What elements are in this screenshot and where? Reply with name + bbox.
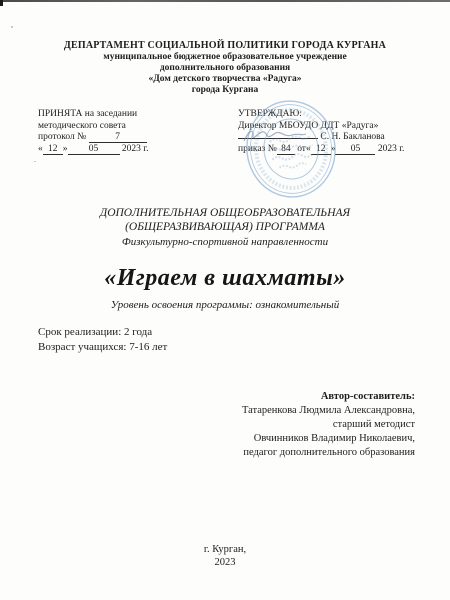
- program-type-line: ДОПОЛНИТЕЛЬНАЯ ОБЩЕОБРАЗОВАТЕЛЬНАЯ: [0, 206, 450, 220]
- author-line: Татаренкова Людмила Александровна,: [155, 404, 415, 418]
- protocol-number: 7: [89, 132, 147, 143]
- program-title: «Играем в шахматы»: [0, 265, 450, 292]
- accepted-day: 12: [43, 144, 63, 155]
- accepted-block: ПРИНЯТА на заседании методического совет…: [38, 109, 208, 155]
- order-label: приказ №: [238, 144, 277, 154]
- protocol-label: протокол №: [38, 132, 86, 142]
- scan-speck: [11, 26, 13, 28]
- approved-title: УТВЕРЖДАЮ:: [238, 109, 428, 121]
- approved-block: УТВЕРЖДАЮ: Директор МБОУДО ДДТ «Радуга» …: [238, 109, 428, 155]
- author-line: старший методист: [155, 418, 415, 432]
- footer-block: г. Курган, 2023: [0, 543, 450, 569]
- footer-year: 2023: [0, 556, 450, 569]
- authors-block: Автор-составитель: Татаренкова Людмила А…: [155, 390, 415, 460]
- program-info-block: Срок реализации: 2 года Возраст учащихся…: [38, 325, 167, 355]
- director-name: С. Н. Бакланова: [320, 132, 384, 142]
- scan-edge-artifact: [0, 0, 450, 2]
- program-type-line: (ОБЩЕРАЗВИВАЮЩАЯ) ПРОГРАММА: [0, 220, 450, 234]
- organization-line: муниципальное бюджетное образовательное …: [0, 52, 450, 63]
- accepted-line: ПРИНЯТА на заседании: [38, 109, 208, 121]
- order-year: 2023 г.: [378, 144, 405, 154]
- accepted-month: 05: [68, 144, 120, 155]
- program-direction: Физкультурно-спортивной направленности: [0, 235, 450, 249]
- accepted-line: методического совета: [38, 121, 208, 133]
- signature-line: С. Н. Бакланова: [238, 132, 428, 144]
- footer-city: г. Курган,: [0, 543, 450, 556]
- author-line: Овчинников Владимир Николаевич,: [155, 432, 415, 446]
- order-month: 05: [335, 144, 375, 155]
- department-title: ДЕПАРТАМЕНТ СОЦИАЛЬНОЙ ПОЛИТИКИ ГОРОДА К…: [0, 40, 450, 52]
- signature-blank: [238, 138, 318, 139]
- scan-corner-artifact: [0, 0, 3, 6]
- order-from: от: [297, 144, 306, 154]
- program-type-block: ДОПОЛНИТЕЛЬНАЯ ОБЩЕОБРАЗОВАТЕЛЬНАЯ (ОБЩЕ…: [0, 206, 450, 249]
- order-day: 12: [311, 144, 331, 155]
- order-number: 84: [277, 144, 295, 155]
- program-level: Уровень освоения программы: ознакомитель…: [0, 299, 450, 311]
- authors-heading: Автор-составитель:: [155, 390, 415, 404]
- scan-speck: [34, 161, 36, 162]
- director-position-line: Директор МБОУДО ДДТ «Радуга»: [238, 121, 428, 133]
- document-header: ДЕПАРТАМЕНТ СОЦИАЛЬНОЙ ПОЛИТИКИ ГОРОДА К…: [0, 40, 450, 96]
- organization-line: дополнительного образования: [0, 63, 450, 74]
- author-line: педагог дополнительного образования: [155, 446, 415, 460]
- protocol-line: протокол № 7: [38, 132, 208, 144]
- program-age: Возраст учащихся: 7-16 лет: [38, 340, 167, 355]
- document-page: ДЕПАРТАМЕНТ СОЦИАЛЬНОЙ ПОЛИТИКИ ГОРОДА К…: [0, 0, 450, 600]
- organization-line: города Кургана: [0, 85, 450, 96]
- accepted-year: 2023 г.: [122, 144, 149, 154]
- organization-line: «Дом детского творчества «Радуга»: [0, 74, 450, 85]
- program-duration: Срок реализации: 2 года: [38, 325, 167, 340]
- accepted-date-line: «12»05 2023 г.: [38, 144, 208, 156]
- order-line: приказ №84 от«12»05 2023 г.: [238, 144, 428, 156]
